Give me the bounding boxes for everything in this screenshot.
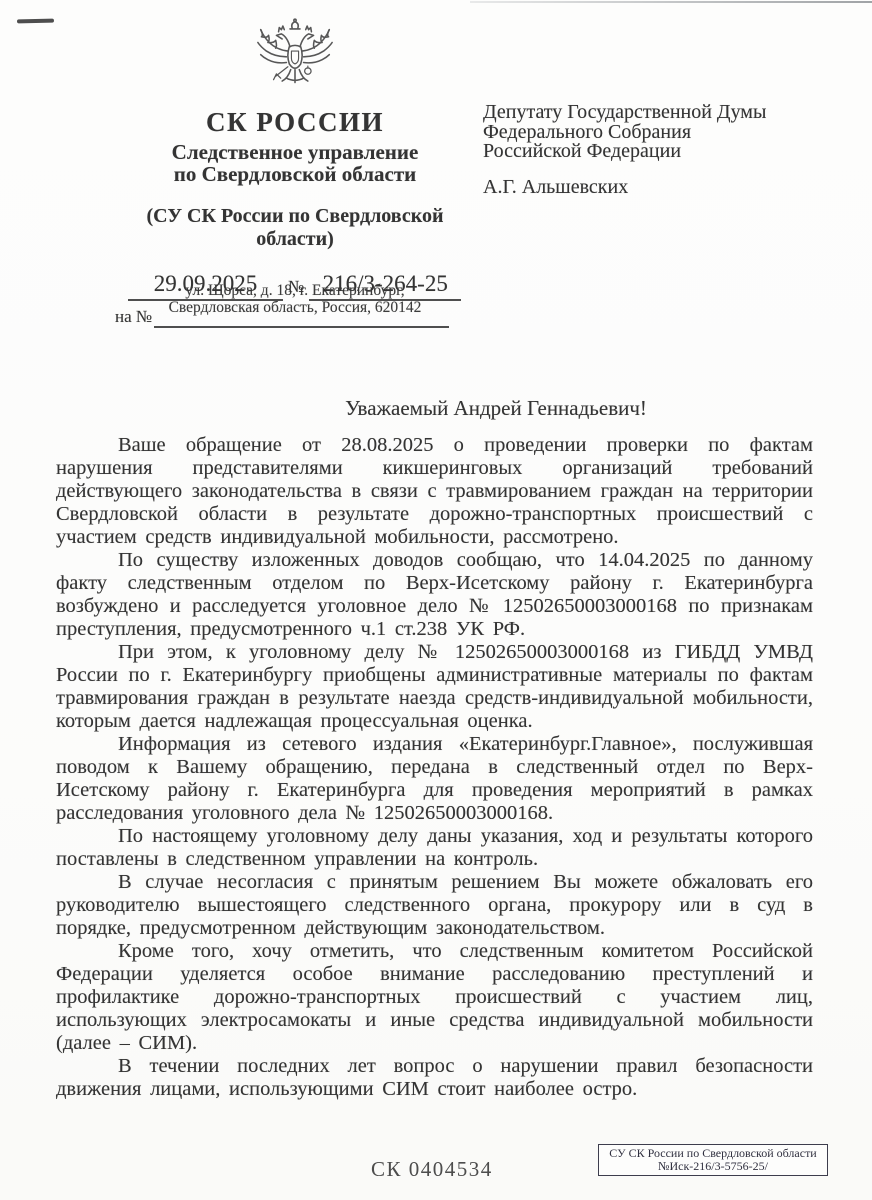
- org-division-line2: по Свердловской области: [125, 163, 465, 185]
- recipient-title-line1: Депутату Государственной Думы: [483, 103, 766, 123]
- date-number-row: 29.09.2025 № 216/3-264-25: [128, 271, 461, 301]
- paragraph-1: Ваше обращение от 28.08.2025 о проведени…: [56, 434, 813, 549]
- org-name: СК РОССИИ: [125, 107, 465, 138]
- paragraph-3: При этом, к уголовному делу № 1250265000…: [56, 641, 813, 733]
- paragraph-4: Информация из сетевого издания «Екатерин…: [56, 733, 813, 825]
- paragraph-5: По настоящему уголовному делу даны указа…: [56, 825, 813, 871]
- stamp-number-line: №Иск-216/3-5756-25/: [599, 1160, 827, 1173]
- org-division-line1: Следственное управление: [125, 141, 465, 163]
- paragraph-2: По существу изложенных доводов сообщаю, …: [56, 549, 813, 641]
- stamp-org-line: СУ СК России по Свердловской области: [599, 1147, 827, 1160]
- letter-body: Ваше обращение от 28.08.2025 о проведени…: [56, 434, 813, 1101]
- recipient-name: А.Г. Альшевских: [483, 178, 766, 198]
- paragraph-6: В случае несогласия с принятым решением …: [56, 871, 813, 940]
- paragraph-8: В течении последних лет вопрос о нарушен…: [56, 1055, 813, 1101]
- scan-artifact-dash: [17, 19, 54, 24]
- org-abbreviation: (СУ СК России по Свердловской области): [125, 205, 465, 251]
- form-serial-number: СК 0404534: [371, 1157, 493, 1182]
- paragraph-7: Кроме того, хочу отметить, что следствен…: [56, 940, 813, 1055]
- reference-blank-line: [154, 306, 449, 328]
- russian-coat-of-arms-icon: [245, 18, 345, 97]
- reference-label: на №: [115, 307, 152, 328]
- registration-stamp: СУ СК России по Свердловской области №Ис…: [598, 1144, 828, 1176]
- scanned-letter-page: СК РОССИИ Следственное управление по Све…: [0, 0, 872, 1200]
- recipient-title-line3: Российской Федерации: [483, 142, 766, 162]
- reference-row: на №: [115, 306, 449, 328]
- letter-date: 29.09.2025: [128, 271, 283, 301]
- salutation: Уважаемый Андрей Геннадьевич!: [56, 396, 816, 421]
- number-sign: №: [288, 277, 304, 297]
- scan-artifact-top-edge: [470, 1, 872, 3]
- recipient-block: Депутату Государственной Думы Федерально…: [483, 103, 766, 197]
- outgoing-number: 216/3-264-25: [309, 271, 461, 301]
